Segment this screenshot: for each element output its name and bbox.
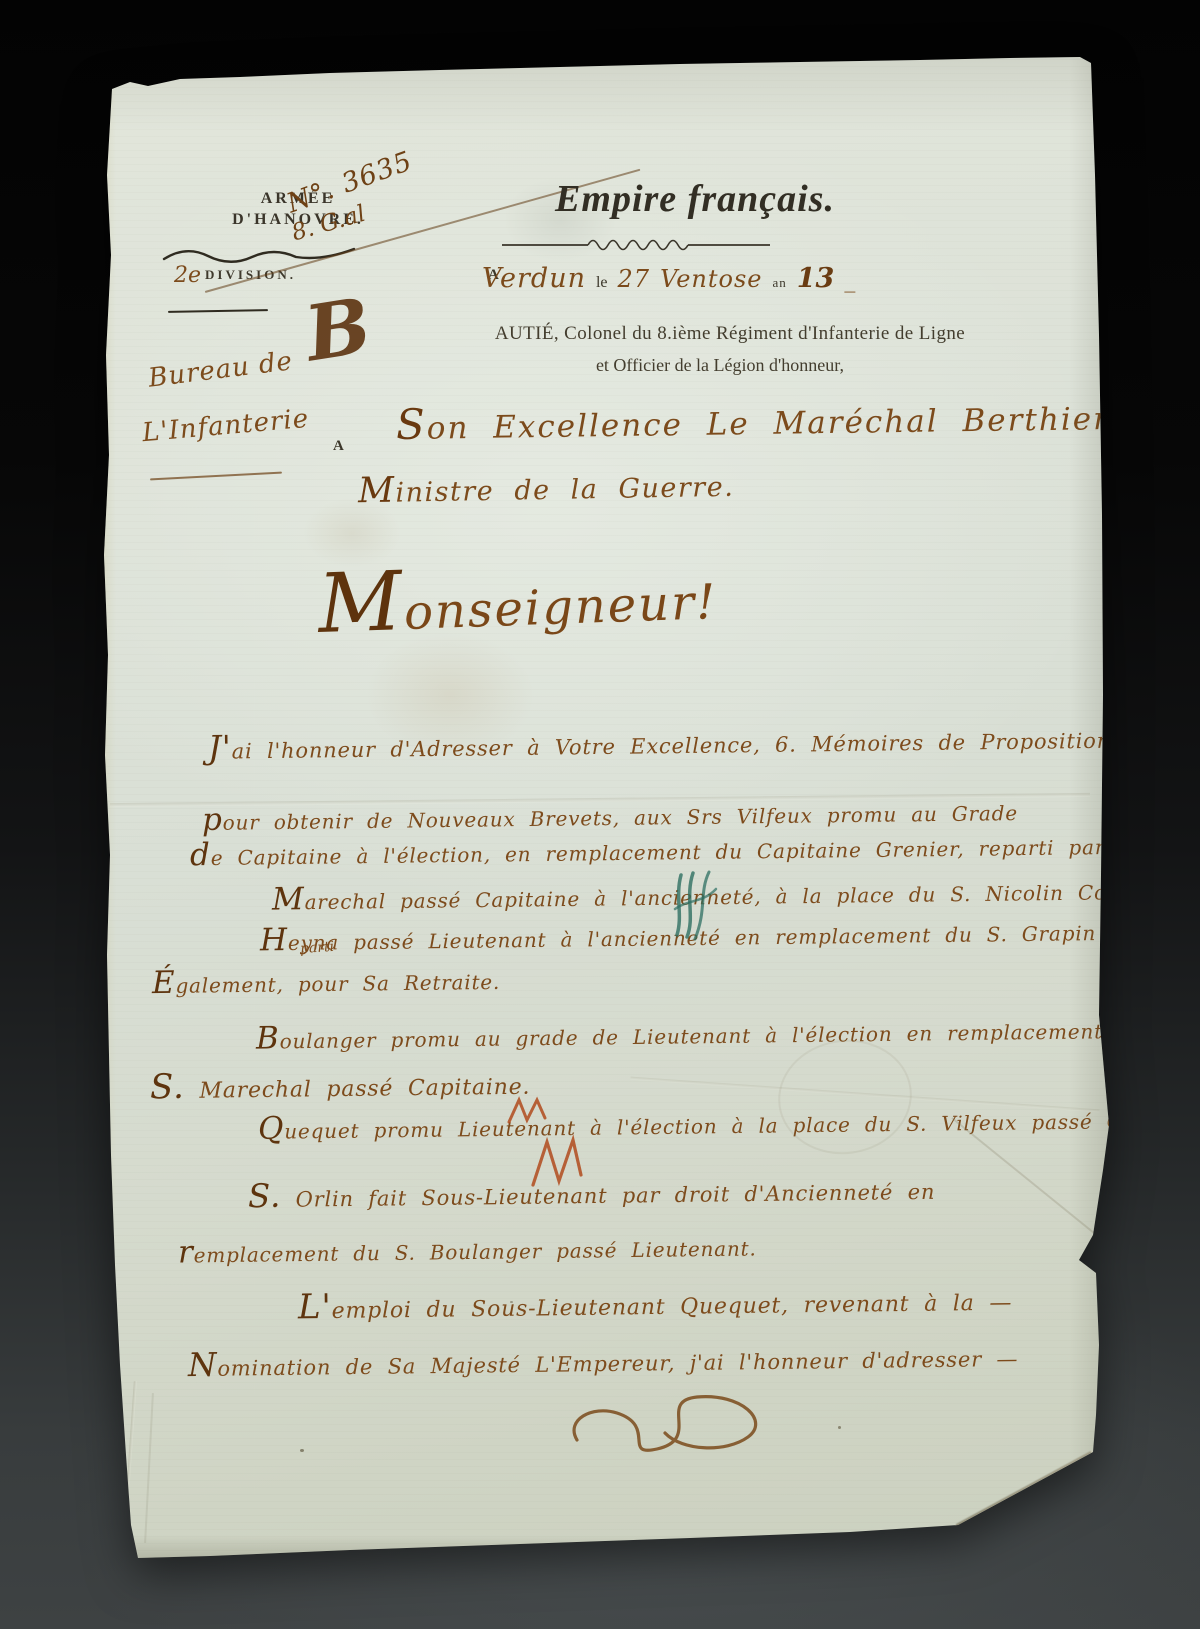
division-underline: [168, 309, 268, 313]
twisted-rope-rule: [502, 237, 772, 251]
margin-note-line2: L'Infanterie: [141, 404, 310, 448]
teal-ink-paraph: [668, 867, 723, 945]
ink-speck: [838, 1426, 841, 1429]
body-line-10: S. Orlin fait Sous-Lieutenant par droit …: [248, 1169, 936, 1215]
body-line-11: remplacement du S. Boulanger passé Lieut…: [178, 1227, 757, 1270]
sender-title-line1: AUTIÉ, Colonel du 8.ième Régiment d'Infa…: [390, 323, 1070, 345]
salutation: Monseigneur!: [316, 543, 718, 652]
dateline-day: 27: [618, 265, 651, 293]
document-photo: ARMÉE D'HANOVRE. 2e DIVISION. N°. 3635 8…: [0, 0, 1200, 1629]
margin-note-underline: [150, 472, 282, 481]
edge-crease-left: [122, 1381, 137, 1549]
dateline-month: Ventose: [660, 265, 762, 293]
body-line-6: Également, pour Sa Retraite.: [152, 961, 501, 1001]
folded-corner-seam: [955, 1451, 1092, 1527]
dateline-year: 13: [797, 263, 835, 294]
body-line-7: Boulanger promu au grade de Lieutenant à…: [256, 1009, 1180, 1056]
body-line-12: L'emploi du Sous-Lieutenant Quequet, rev…: [298, 1279, 1013, 1328]
interlinear-insert-word: parti: [299, 939, 334, 957]
red-ink-correction-mark-large: [528, 1133, 590, 1191]
bureau-paraph-initial: B: [299, 281, 376, 379]
ink-speck: [510, 1301, 513, 1303]
body-line-13: Nomination de Sa Majesté L'Empereur, j'a…: [188, 1336, 1019, 1384]
printed-le: le: [596, 274, 608, 292]
red-ink-correction-mark-small: [506, 1095, 556, 1127]
dateline: Verdun le 27 Ventose an 13 _: [482, 263, 1042, 294]
recipient-line1: Son Excellence Le Maréchal Berthier,: [396, 390, 1119, 449]
faint-ring-stain: [771, 1031, 920, 1163]
printed-a-recipient: A: [333, 438, 344, 455]
ink-speck: [300, 1449, 304, 1452]
dateline-place: Verdun: [482, 263, 586, 294]
printed-an: an: [772, 275, 786, 291]
division-number: 2e: [174, 263, 201, 288]
letter-sheet: ARMÉE D'HANOVRE. 2e DIVISION. N°. 3635 8…: [90, 55, 1110, 1565]
closing-flourish-paraph: [560, 1383, 790, 1468]
body-line-8: S. Marechal passé Capitaine.: [150, 1063, 531, 1108]
body-line-1: J'ai l'honneur d'Adresser à Votre Excell…: [208, 717, 1148, 766]
document-title: Empire français.: [445, 177, 945, 221]
sender-title-line2: et Officier de la Légion d'honneur,: [390, 355, 1050, 376]
recipient-line2: Ministre de la Guerre.: [358, 464, 735, 512]
edge-crease-left-2: [144, 1393, 154, 1543]
body-line-4: Marechal passé Capitaine à l'ancienneté,…: [272, 868, 1200, 917]
dateline-trailing-dash: _: [844, 268, 855, 293]
margin-note-line1: Bureau de: [147, 346, 295, 393]
photo-of-document: { "photo": { "background_top": "#030303"…: [0, 0, 1200, 1629]
